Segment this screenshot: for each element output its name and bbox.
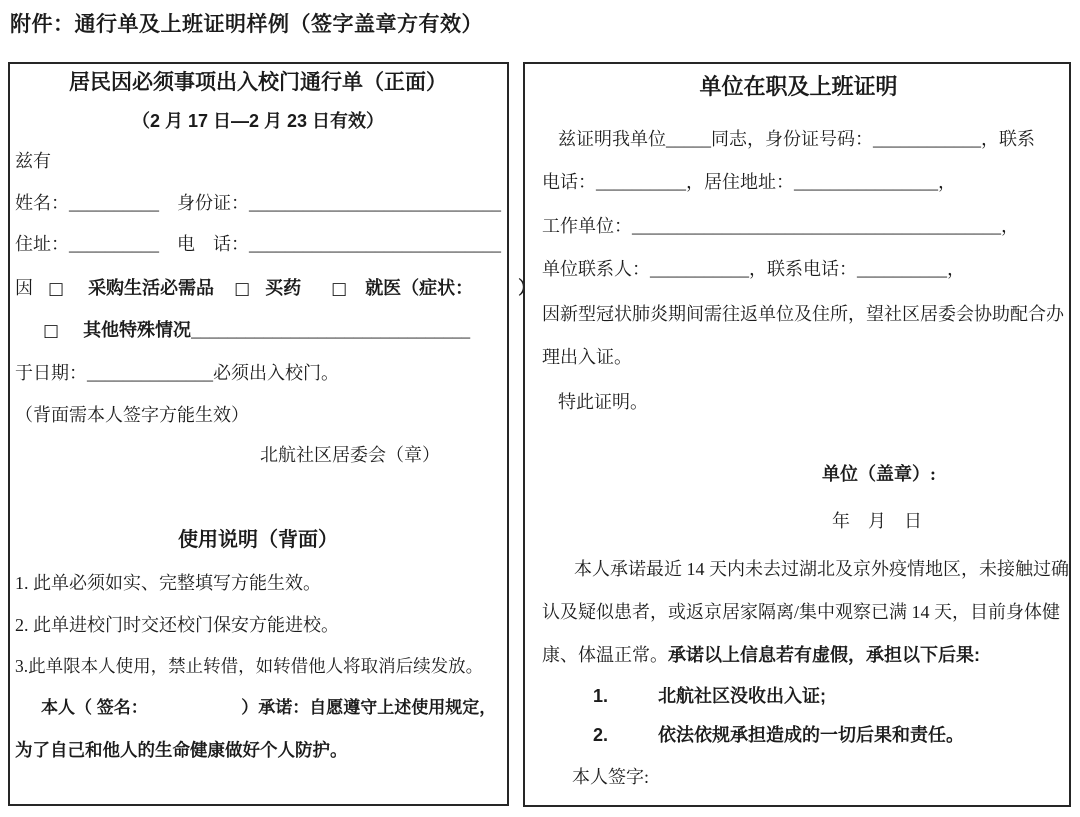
- instruction-item: 3.此单限本人使用，禁止转借，如转借他人将取消后续发放。: [15, 654, 501, 679]
- reason-option-doctor: 就医（症状： ）: [365, 278, 536, 298]
- cert-purpose-line-1: 因新型冠状肺炎期间需往返单位及住所，望社区居委会协助配合办: [542, 302, 1055, 327]
- cert-line-name-id: 兹证明我单位_____同志，身份证号码：____________，联系: [542, 127, 1055, 152]
- cert-line-employer: 工作单位：___________________________________…: [542, 214, 1055, 239]
- checkbox-icon: □: [331, 279, 347, 299]
- reason-prefix: 因: [15, 278, 33, 298]
- back-signature-note: （背面需本人签字方能生效）: [15, 403, 501, 428]
- pass-form-title: 居民因必须事项出入校门通行单（正面）: [15, 70, 501, 95]
- employment-cert-box: 单位在职及上班证明 兹证明我单位_____同志，身份证号码：__________…: [523, 62, 1071, 807]
- cert-line-phone-address: 电话：__________，居住地址：________________，: [542, 170, 1055, 195]
- cert-purpose-line-2: 理出入证。: [542, 345, 1055, 370]
- pledge-line-2: 为了自己和他人的生命健康做好个人防护。: [15, 738, 501, 763]
- pass-form-box: 居民因必须事项出入校门通行单（正面） （2 月 17 日—2 月 23 日有效）…: [8, 62, 509, 806]
- pass-intro-text: 兹有: [15, 149, 501, 174]
- consequence-number: 1.: [593, 684, 658, 709]
- checkbox-icon: □: [48, 279, 64, 299]
- consequence-item: 2.依法依规承担造成的一切后果和责任。: [542, 723, 1055, 748]
- consequence-text: 依法依规承担造成的一切后果和责任。: [658, 725, 964, 745]
- date-placeholder: 年 月 日: [832, 509, 1055, 534]
- address-phone-line: 住址：__________ 电 话：______________________…: [15, 232, 501, 257]
- commitment-line-1: 本人承诺最近 14 天内未去过湖北及京外疫情地区，未接触过确: [542, 557, 1055, 582]
- committee-stamp-label: 北航社区居委会（章）: [260, 443, 501, 468]
- pass-validity-subtitle: （2 月 17 日—2 月 23 日有效）: [15, 109, 501, 134]
- cert-title: 单位在职及上班证明: [542, 74, 1055, 99]
- reason-option-shopping: 采购生活必需品: [88, 278, 214, 298]
- cert-hereby-line: 特此证明。: [542, 390, 1055, 415]
- signature-label: 本人签字:: [542, 765, 1055, 790]
- instructions-title: 使用说明（背面）: [15, 528, 501, 553]
- reason-option-medicine: 买药: [265, 278, 301, 298]
- attachment-header: 附件：通行单及上班证明样例（签字盖章方有效）: [10, 8, 483, 38]
- commitment-line-3-normal: 康、体温正常。: [542, 645, 668, 665]
- unit-stamp-label: 单位（盖章）:: [822, 462, 1055, 487]
- commitment-line-3: 康、体温正常。承诺以上信息若有虚假，承担以下后果:: [542, 643, 1055, 668]
- consequence-number: 2.: [593, 723, 658, 748]
- cert-line-contact: 单位联系人：___________，联系电话：__________，: [542, 257, 1055, 282]
- reason-line: 因□采购生活必需品□买药□就医（症状： ）: [15, 276, 501, 302]
- instruction-item: 1. 此单必须如实、完整填写方能生效。: [15, 571, 501, 596]
- other-blank: _______________________________: [191, 320, 470, 340]
- other-reason-line: □其他特殊情况_______________________________: [15, 318, 501, 344]
- consequence-text: 北航社区没收出入证;: [658, 686, 826, 706]
- pledge-line-1: 本人（ 签名： ）承诺：自愿遵守上述使用规定，: [15, 695, 501, 720]
- date-line: 于日期：______________必须出入校门。: [15, 361, 501, 386]
- checkbox-icon: □: [234, 279, 250, 299]
- commitment-line-2: 认及疑似患者，或返京居家隔离/集中观察已满 14 天，目前身体健: [542, 600, 1055, 625]
- other-option-label: 其他特殊情况: [83, 320, 191, 340]
- consequence-item: 1.北航社区没收出入证;: [542, 684, 1055, 709]
- checkbox-icon: □: [43, 321, 59, 341]
- name-id-line: 姓名：__________ 身份证：______________________…: [15, 191, 501, 216]
- instruction-item: 2. 此单进校门时交还校门保安方能进校。: [15, 613, 501, 638]
- commitment-line-3-bold: 承诺以上信息若有虚假，承担以下后果:: [668, 645, 980, 665]
